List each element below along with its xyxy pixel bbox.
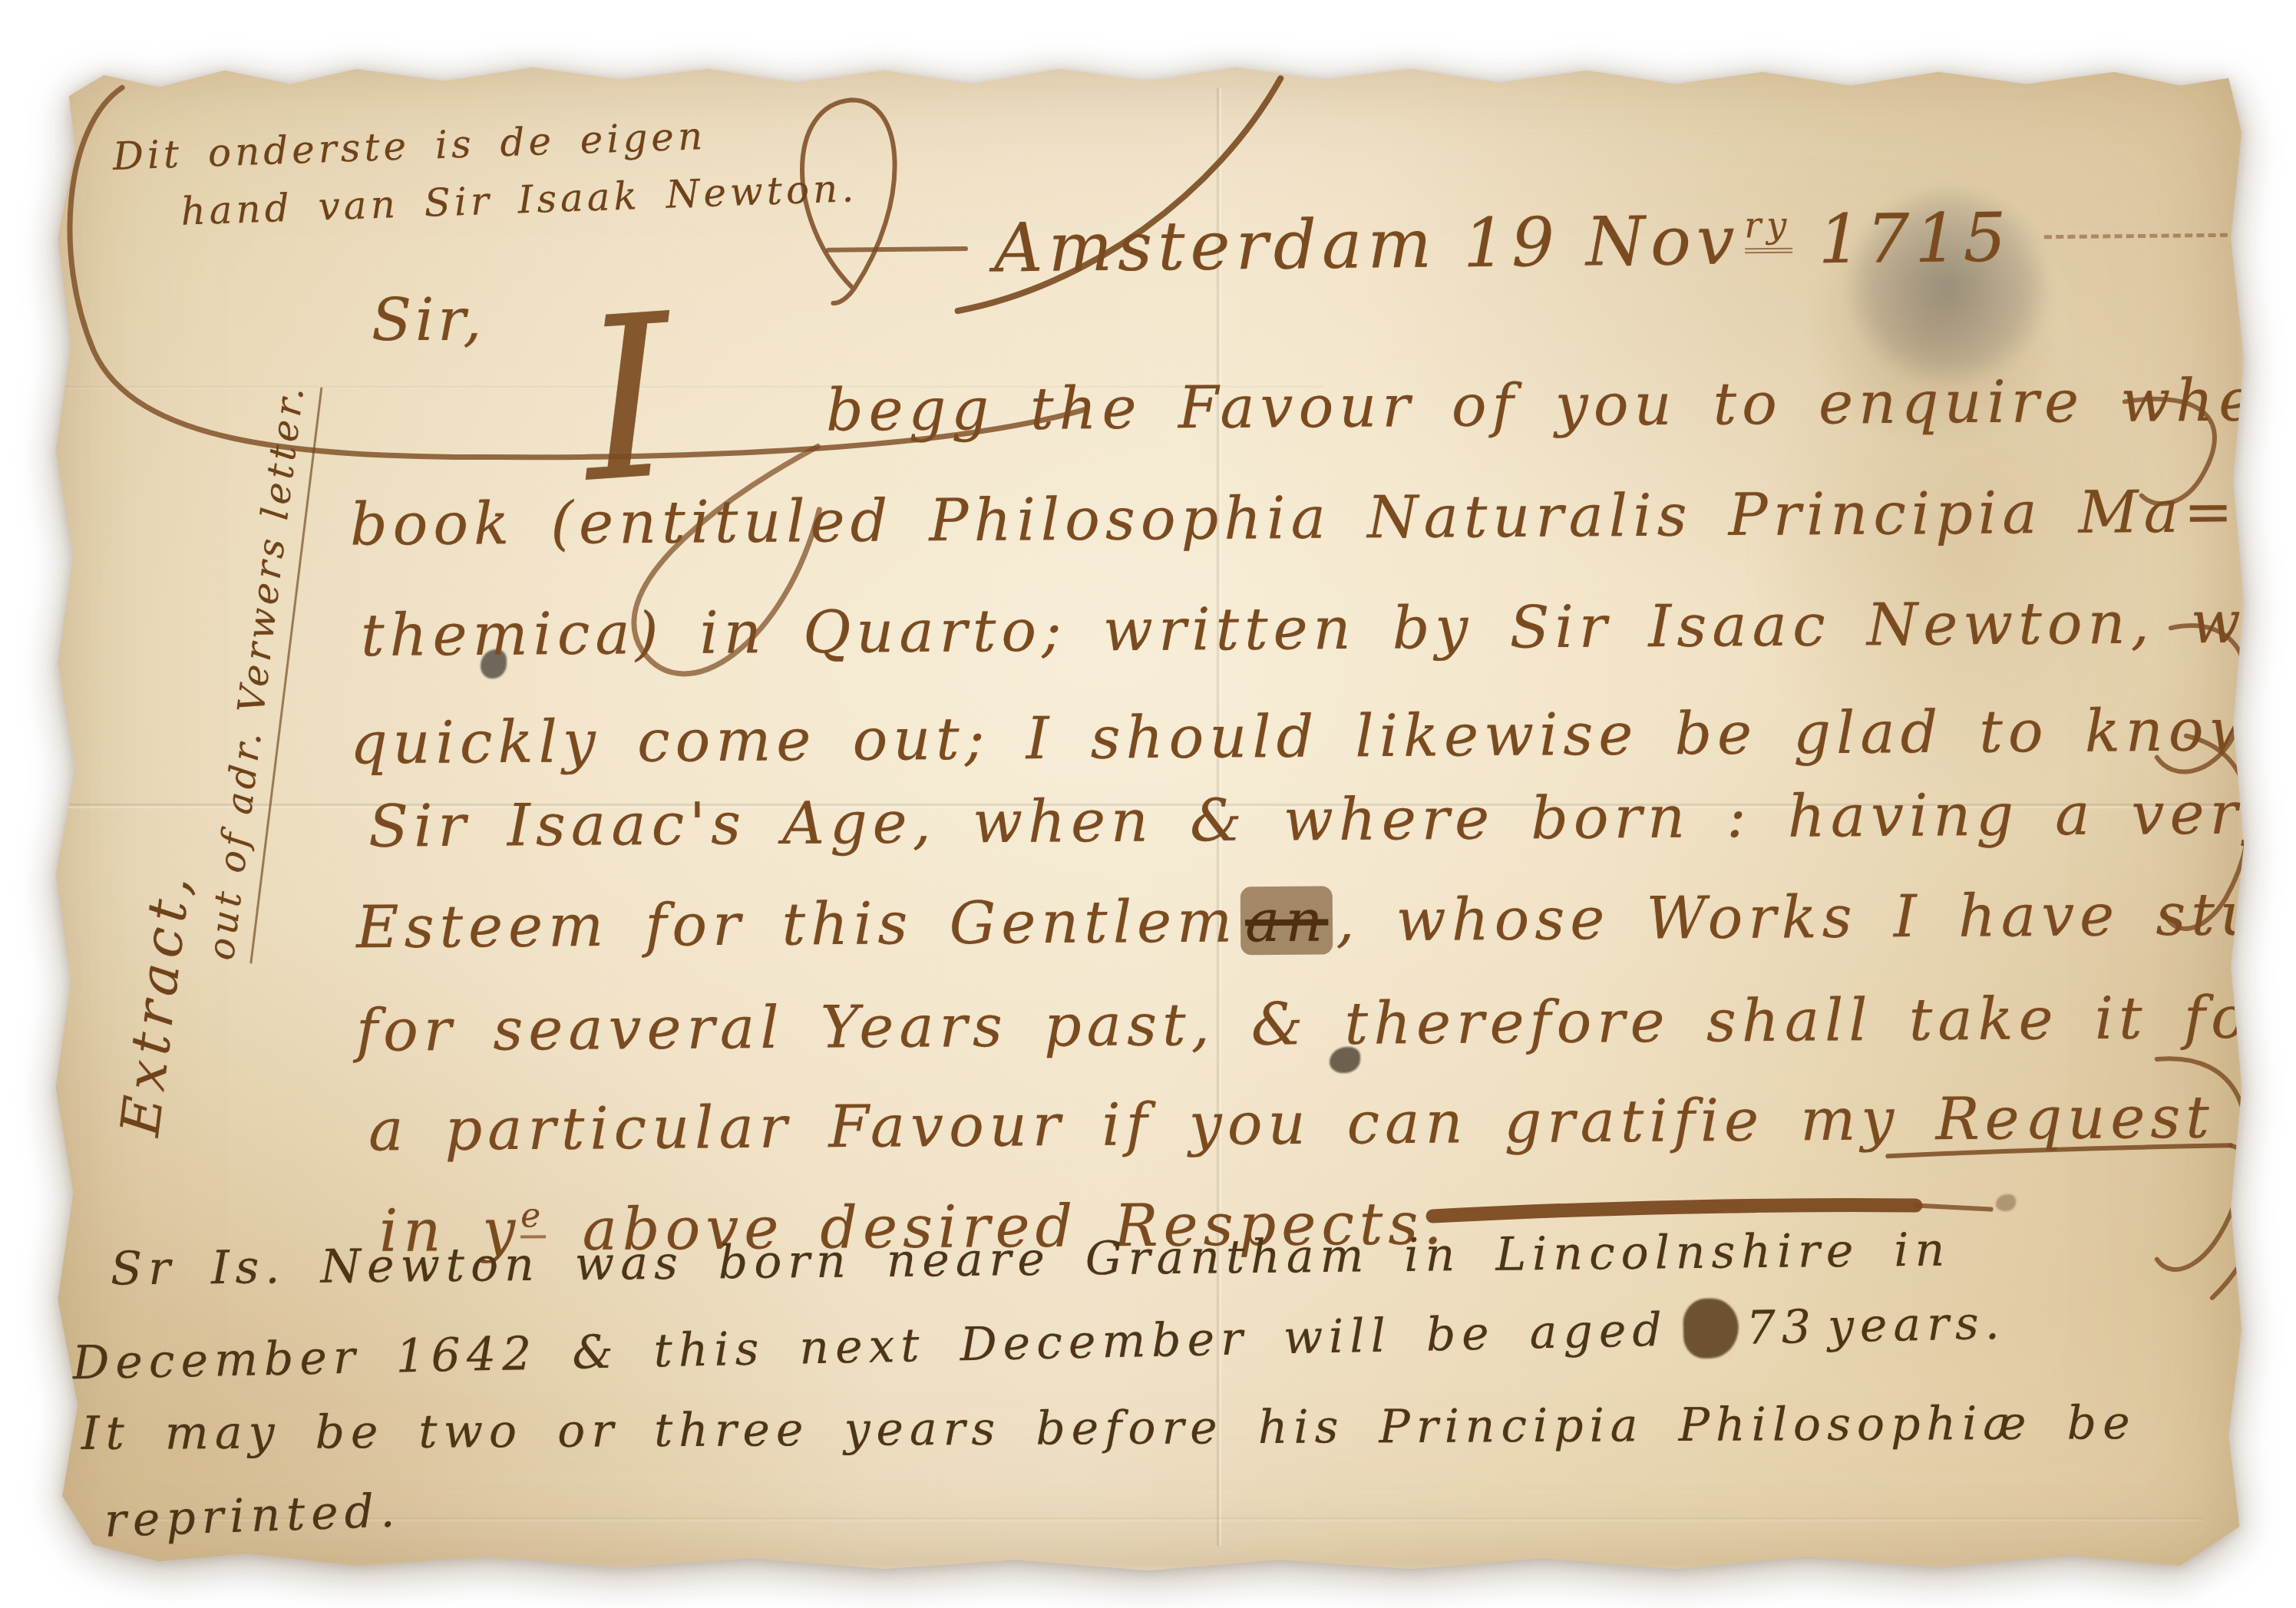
- letter-paper-shadow: Dit onderste is de eigen hand van Sir Is…: [49, 57, 2246, 1572]
- line-text: book (entituled Philosophia Naturalis Pr…: [350, 477, 2238, 558]
- dateline-month: Novry: [1585, 200, 1792, 282]
- opening-initial: I: [576, 284, 679, 513]
- dateline-day: 19: [1462, 203, 1560, 282]
- line-text: quickly come out; I should likewise be g…: [350, 695, 2246, 777]
- line-text: , whose Works I have studied: [1336, 879, 2246, 955]
- superscript-e: e: [520, 1196, 546, 1238]
- line-text: begg the Favour of you to enquire whethe…: [826, 364, 2246, 444]
- pen-dash: [826, 246, 968, 252]
- dateline: Amsterdam 19 Novry 1715: [826, 195, 2246, 289]
- letter-line-7: for seaveral Years past, & therefore sha…: [356, 982, 2246, 1065]
- respects-heavy-rule: [1433, 1205, 1916, 1216]
- pen-trailing-dashes: [2043, 233, 2246, 239]
- photo-background: Dit onderste is de eigen hand van Sir Is…: [0, 0, 2296, 1608]
- line-text: for seaveral Years past, & therefore sha…: [356, 982, 2246, 1065]
- aged-years: 73: [1746, 1300, 1818, 1355]
- letter-line-8: a particular Favour if you can gratifie …: [368, 1083, 2215, 1164]
- letter-line-6: Esteem for this Gentleman, whose Works I…: [356, 879, 2246, 962]
- dateline-month-text: Nov: [1585, 200, 1740, 281]
- dateline-year: 1715: [1818, 198, 2012, 279]
- dateline-place: Amsterdam: [994, 204, 1438, 288]
- letter-line-5: Sir Isaac's Age, when & where born : hav…: [368, 777, 2246, 860]
- respects-rule-tail: [1915, 1206, 1990, 1210]
- letter-line-2: book (entituled Philosophia Naturalis Pr…: [350, 477, 2238, 558]
- line-text: themica) in Quarto; written by Sir Isaac…: [361, 587, 2246, 669]
- dateline-month-superscript: ry: [1744, 204, 1792, 254]
- smudged-word: an: [1241, 886, 1333, 955]
- letter-line-1: begg the Favour of you to enquire whethe…: [826, 364, 2246, 444]
- line-text: Esteem for this Gentlem: [356, 887, 1238, 961]
- letter-paper: Dit onderste is de eigen hand van Sir Is…: [49, 57, 2246, 1572]
- newton-note-line-3: It may be two or three years before his …: [81, 1396, 2136, 1461]
- letter-line-3: themica) in Quarto; written by Sir Isaac…: [361, 587, 2246, 669]
- line-text: years.: [1827, 1296, 2006, 1354]
- line-text: Sir Isaac's Age, when & where born : hav…: [368, 777, 2246, 860]
- ink-blot: [1683, 1298, 1739, 1359]
- line-text: a particular Favour if you can gratifie …: [368, 1083, 2215, 1164]
- letter-line-4: quickly come out; I should likewise be g…: [350, 695, 2246, 778]
- newton-note-line-4: reprinted.: [104, 1484, 401, 1547]
- salutation: Sir,: [372, 286, 486, 354]
